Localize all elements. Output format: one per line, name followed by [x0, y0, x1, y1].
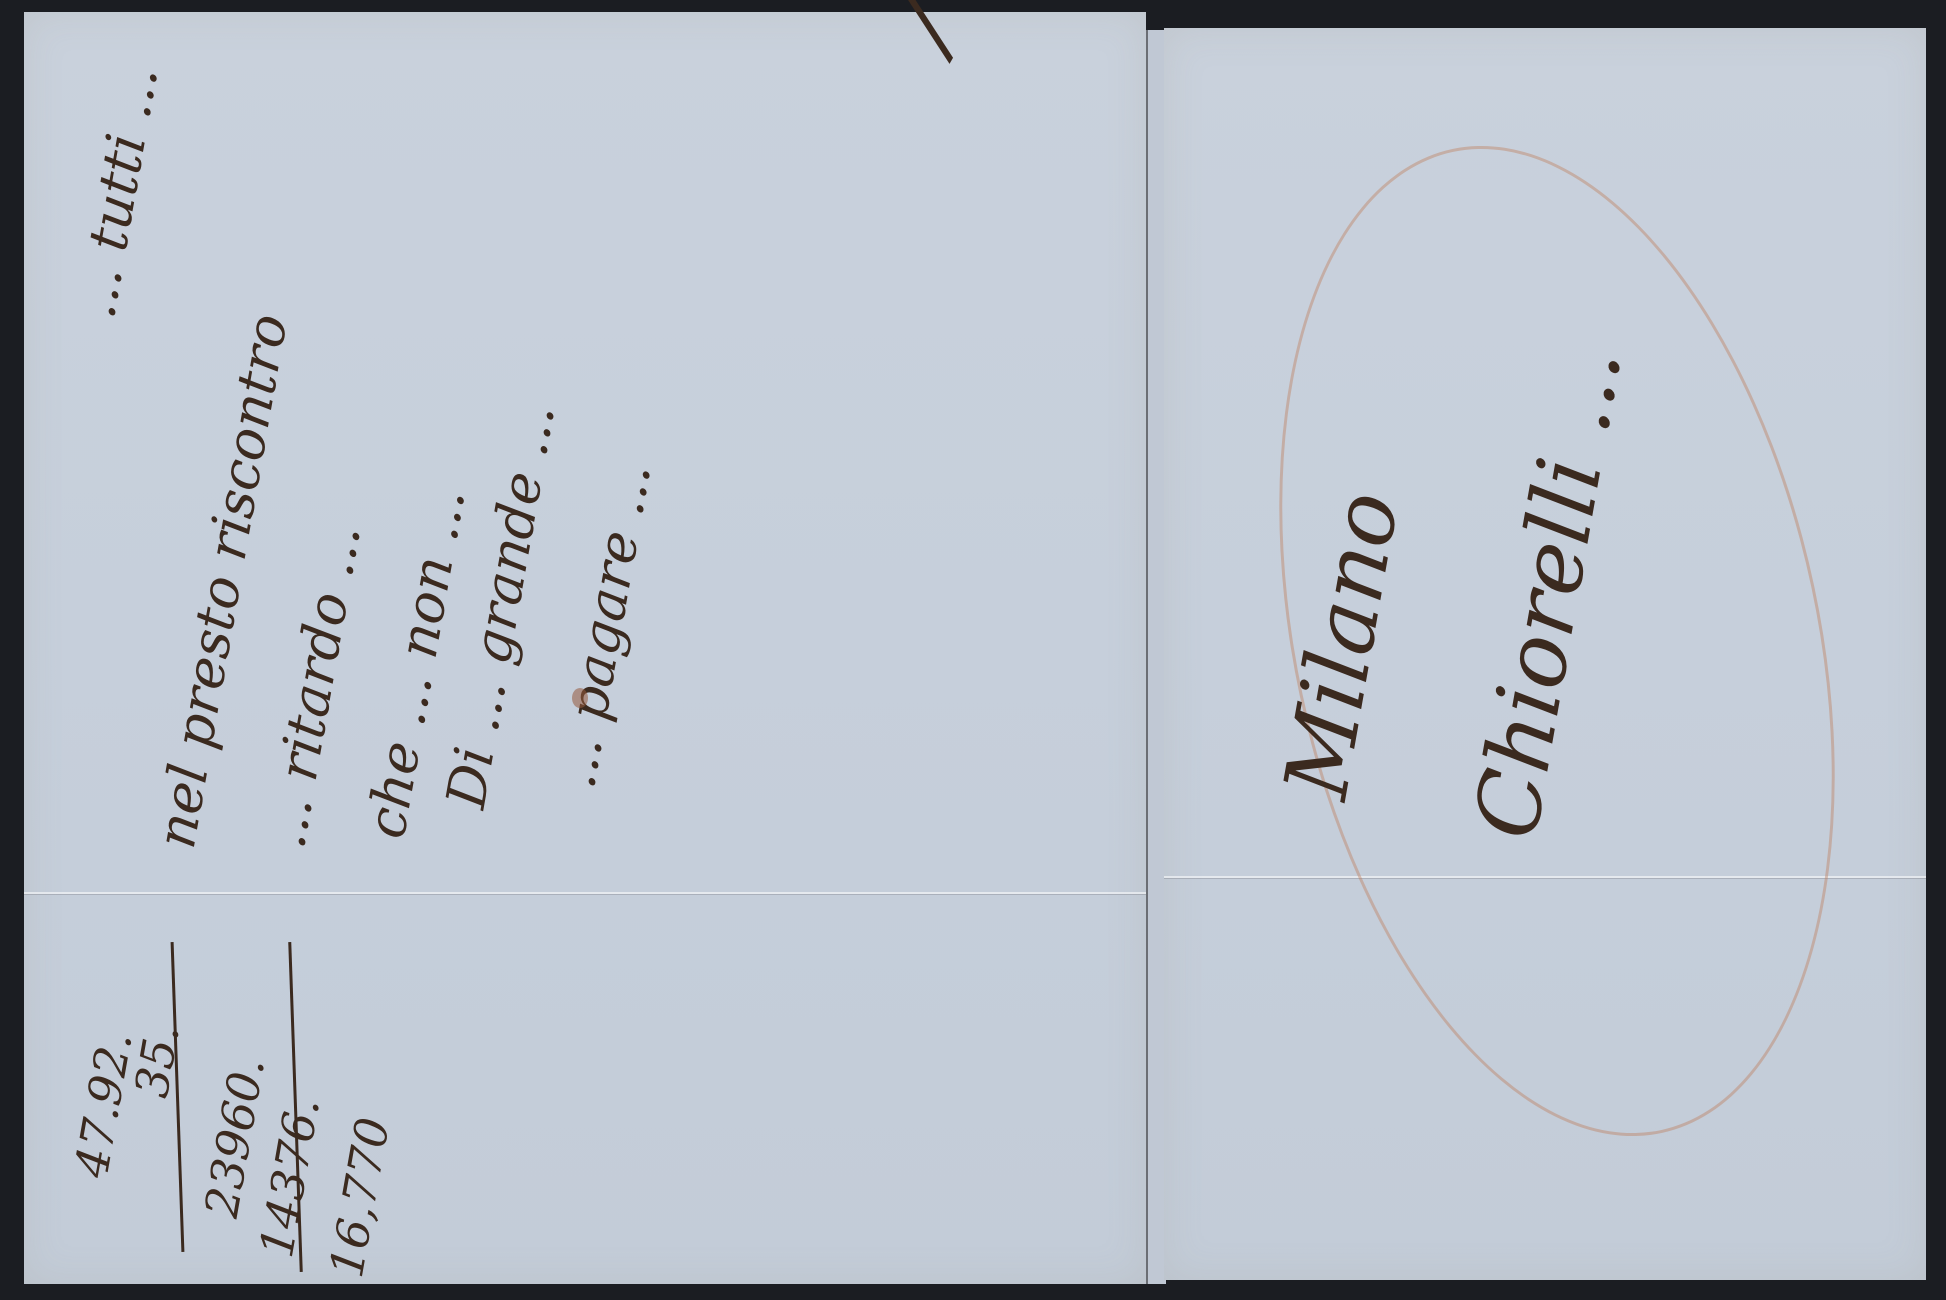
ink-blot	[572, 688, 588, 708]
horizontal-fold-line	[24, 892, 1146, 894]
letter-address-panel: Milano Chiorelli ...	[1164, 28, 1926, 1280]
letter-left-panel: ... tutti ... nel presto riscontro ... r…	[24, 12, 1146, 1284]
letter-line-3: ... ritardo ...	[254, 520, 373, 853]
folded-edge-strip	[1146, 30, 1166, 1284]
calc-row-2: 35.	[124, 1020, 190, 1101]
calc-total: 16,770	[319, 1113, 400, 1281]
letter-line-1: ... tutti ...	[64, 61, 170, 323]
letter-line-6: ... pagare ...	[544, 458, 663, 793]
pen-stroke: /	[874, 0, 980, 64]
